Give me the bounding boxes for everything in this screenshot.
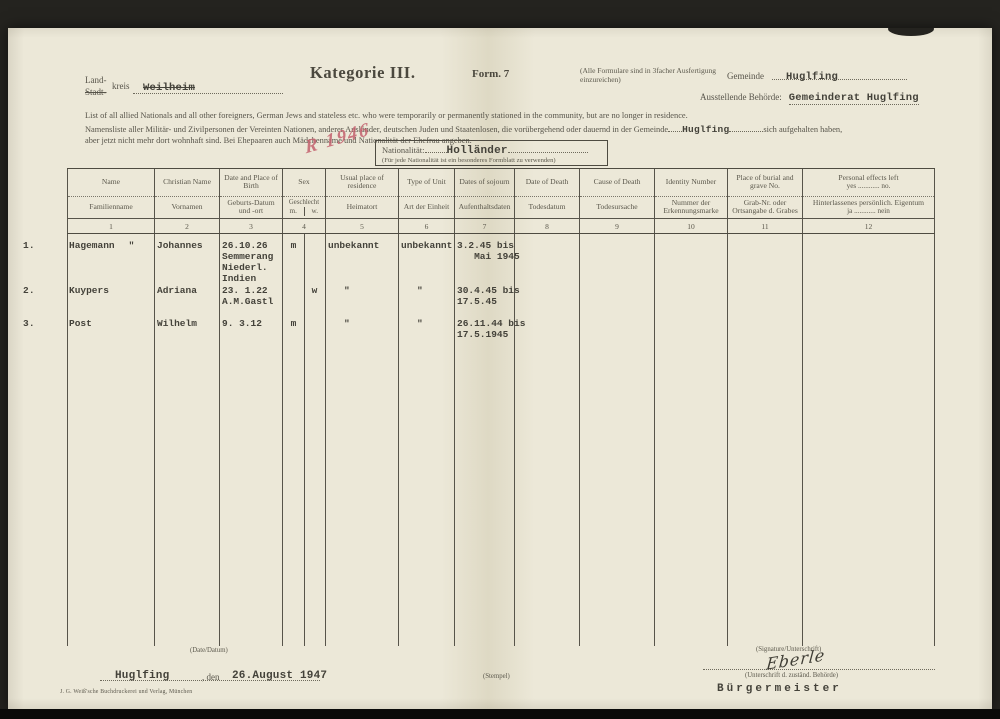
nationality-value: Holländer (447, 145, 508, 157)
cell-sex: m (283, 318, 326, 340)
cell-christian-name: Johannes (155, 240, 220, 284)
cell-unit: " (399, 318, 455, 340)
row-number: 3. (23, 318, 35, 329)
cell-residence: unbekannt (326, 240, 399, 284)
cell-sojourn: 30.4.45 bis 17.5.45 (455, 285, 515, 307)
kreis-label: kreis (112, 81, 130, 91)
intro-gemeinde-value: Huglfing (682, 124, 729, 135)
table-row: 2. Kuypers Adriana 23. 1.22 A.M.Gastl w … (67, 285, 935, 307)
behoerde-value: Gemeinderat Huglfing (789, 92, 919, 105)
cell-sex: m (283, 240, 326, 284)
header-column-effects: Personal effects leftyes ............ no… (803, 169, 935, 233)
header-column-birth: Date and Place of Birth Geburts-Datum un… (220, 169, 283, 233)
table-row: 3. Post Wilhelm 9. 3.12 m " " 26.11.44 b… (67, 318, 935, 340)
intro-line-en: List of all allied Nationals and all oth… (85, 110, 920, 122)
stadt-label: Stadt- (85, 87, 107, 97)
stamp-label: (Stempel) (483, 673, 510, 680)
cell-birth: 23. 1.22 A.M.Gastl (220, 285, 283, 307)
header-column-name: Name Familienname 1 (67, 169, 155, 233)
nationality-note: (Für jede Nationalität ist ein besondere… (382, 157, 601, 164)
cell-christian-name: Wilhelm (155, 318, 220, 340)
form-number: Form. 7 (472, 68, 509, 80)
header-column-christian-name: Christian Name Vornamen 2 (155, 169, 220, 233)
signature-sub-label: (Unterschrift d. zuständ. Behörde) (745, 672, 838, 679)
table-row: 1. Hagemann" Johannes 26.10.26 Semmerang… (67, 240, 935, 284)
document-page: Land- Stadt- kreis Weilheim Kategorie II… (8, 28, 992, 710)
page-title: Kategorie III. (310, 63, 416, 83)
gemeinde-label: Gemeinde (727, 71, 764, 81)
cell-name: Kuypers (67, 285, 155, 307)
header-column-unit: Type of Unit Art der Einheit 6 (399, 169, 455, 233)
copies-note: (Alle Formulare sind in 3facher Ausferti… (580, 66, 730, 84)
gemeinde-value: Huglfing (786, 71, 838, 83)
table-body: 1. Hagemann" Johannes 26.10.26 Semmerang… (67, 234, 935, 646)
behoerde-field: Ausstellende Behörde: Gemeinderat Huglfi… (700, 87, 940, 105)
printer-imprint: J. G. Weiß'sche Buchdruckerei und Verlag… (60, 689, 192, 695)
cell-birth: 26.10.26 Semmerang Niederl. Indien (220, 240, 283, 284)
header-column-death-cause: Cause of Death Todesursache 9 (580, 169, 655, 233)
scan-bottom-edge (0, 709, 1000, 719)
cell-sojourn: 26.11.44 bis 17.5.1945 (455, 318, 515, 340)
cell-christian-name: Adriana (155, 285, 220, 307)
den-label: , den (202, 672, 220, 682)
nationality-box: Nationalität:Holländer (Für jede Nationa… (375, 140, 608, 166)
behoerde-label: Ausstellende Behörde: (700, 92, 782, 102)
header-column-residence: Usual place of residence Heimatort 5 (326, 169, 399, 233)
header-column-death-date: Date of Death Todesdatum 8 (515, 169, 580, 233)
cell-residence: " (326, 285, 399, 307)
date-label: (Date/Datum) (190, 647, 228, 654)
row-number: 1. (23, 240, 35, 251)
scan-background: Land- Stadt- kreis Weilheim Kategorie II… (0, 0, 1000, 719)
kreis-value: Weilheim (143, 82, 195, 94)
cell-sex: w (283, 285, 326, 307)
place-value: Huglfing (115, 670, 169, 682)
date-value: 26.August 1947 (232, 670, 327, 682)
cell-unit: unbekannt (399, 240, 455, 284)
cell-birth: 9. 3.12 (220, 318, 283, 340)
cell-name: Post (67, 318, 155, 340)
header-column-sex: Sex Geschlecht m.w. 4 (283, 169, 326, 233)
gemeinde-field: Gemeinde Huglfing (727, 66, 917, 84)
cell-name: Hagemann" (67, 240, 155, 284)
cell-residence: " (326, 318, 399, 340)
header-column-burial: Place of burial and grave No. Grab-Nr. o… (728, 169, 803, 233)
cell-unit: " (399, 285, 455, 307)
table-header: Name Familienname 1 Christian Name Vorna… (67, 168, 935, 234)
nationality-line: Nationalität:Holländer (382, 142, 601, 157)
header-column-sojourn: Dates of sojourn Aufenthaltsdaten 7 (455, 169, 515, 233)
land-label: Land- (85, 75, 107, 85)
kreis-leader-line: Weilheim (133, 77, 283, 94)
row-number: 2. (23, 285, 35, 296)
cell-sojourn: 3.2.45 bis Mai 1945 (455, 240, 515, 284)
register-table: Name Familienname 1 Christian Name Vorna… (67, 168, 935, 645)
intro-line-de: Namensliste aller Militär- und Zivilpers… (85, 122, 920, 136)
landkreis-block: Land- Stadt- kreis Weilheim (85, 75, 275, 103)
header-column-identity: Identity Number Nummer der Erkennungsmar… (655, 169, 728, 233)
nationality-label: Nationalität: (382, 145, 425, 155)
paper-edge-notch (888, 28, 934, 36)
signer-title: Bürgermeister (717, 683, 842, 695)
